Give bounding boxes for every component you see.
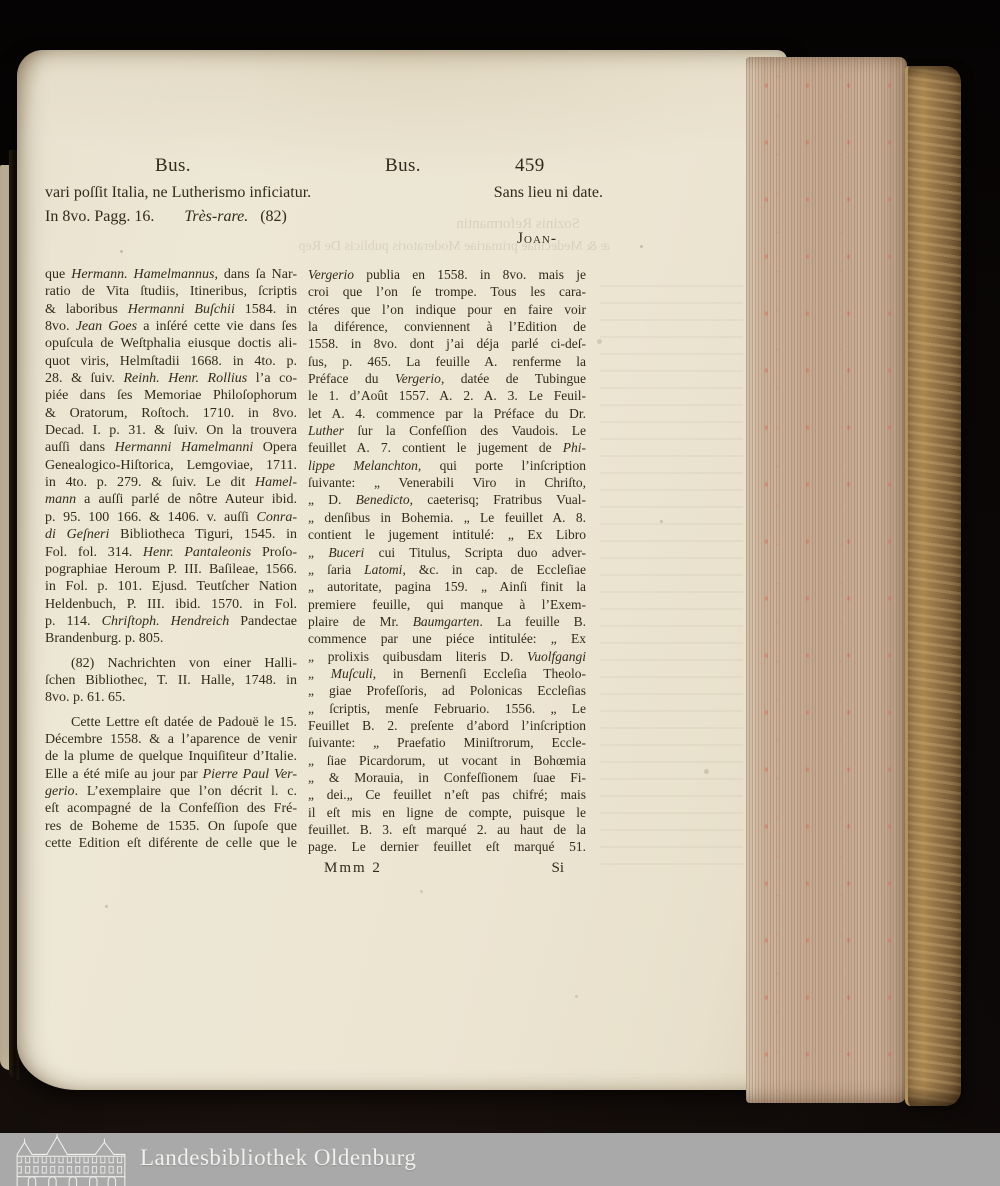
text-line: & Oratorum, Roſtoch. 1710. in 8vo. xyxy=(45,405,297,422)
text-line: ctéres que l’on indique pour en faire vo… xyxy=(308,301,586,318)
text-line: Vergerio publia en 1558. in 8vo. mais je xyxy=(308,266,586,283)
text-line: que Hermann. Hamelmannus, dans ſa Nar- xyxy=(45,266,297,283)
text-line: in 4to. p. 279. & ſuiv. Le dit Hamel- xyxy=(45,474,297,491)
text-line: la diférence, conviennent à l’Edition de xyxy=(308,318,586,335)
text-line: mann a auſſi parlé de nôtre Auteur ibid. xyxy=(45,491,297,508)
library-building-logo xyxy=(12,1134,130,1186)
text-column-left: que Hermann. Hamelmannus, dans ſa Nar-ra… xyxy=(45,266,297,852)
text-line: opuſcula de Weſtphalia eiusque doctis al… xyxy=(45,335,297,352)
text-line: Cette Lettre eſt datée de Padouë le 15. xyxy=(45,714,297,731)
text-line: „ ſaria Latomi, &c. in cap. de Eccleſiae xyxy=(308,561,586,578)
text-line: Brandenburg. p. 805. xyxy=(45,630,297,647)
text-line: Luther ſur la Confeſſion des Vaudois. Le xyxy=(308,422,586,439)
text-line: 28. & ſuiv. Reinh. Henr. Rollius l’a co- xyxy=(45,370,297,387)
text-line: „ giae Profeſſoris, ad Polonicas Eccleſi… xyxy=(308,682,586,699)
text-line: premiere feuille, qui manque à l’Exem- xyxy=(308,596,586,613)
text-line: „ & Morauia, in Confeſſionem ſuae Fi- xyxy=(308,769,586,786)
catchword-si: Si xyxy=(551,860,564,877)
text-line: Genealogico-Hiſtorica, Lemgoviae, 1711. xyxy=(45,457,297,474)
text-line: 8vo. Jean Goes a inſéré cette vie dans ſ… xyxy=(45,318,297,335)
intro-line-2: In 8vo. Pagg. 16. Très-rare. (82) xyxy=(45,208,603,226)
text-line: Feuillet B. 2. preſente d’abord l’inſcri… xyxy=(308,717,586,734)
intro-line-1-date-note: Sans lieu ni date. xyxy=(494,184,603,202)
running-head-left: Bus. xyxy=(155,155,191,177)
text-line: 8vo. p. 61. 65. xyxy=(45,689,297,706)
text-line: ſchen Bibliothec, T. II. Halle, 1748. in xyxy=(45,672,297,689)
paragraph: (82) Nachrichten von einer Halli-ſchen B… xyxy=(45,655,297,707)
intro-line-1: vari poſſit Italia, ne Lutherismo infici… xyxy=(45,184,603,202)
text-line: „ dei.„ Ce feuillet n’eſt pas chifré; ma… xyxy=(308,786,586,803)
text-line: ratio de Vita ſtudiis, Itineribus, ſcrip… xyxy=(45,283,297,300)
text-line: ſuivante: „ Venerabili Viro in Chriſto, xyxy=(308,474,586,491)
book-fore-edge-pages xyxy=(746,57,907,1103)
text-line: il eſt mis en ligne de compte, puisque l… xyxy=(308,804,586,821)
text-line: feuillet. B. 3. eſt marqué 2. au haut de… xyxy=(308,821,586,838)
entry-intro-block: vari poſſit Italia, ne Lutherismo infici… xyxy=(45,184,603,226)
text-line: commence par une piéce intitulée: „ Ex xyxy=(308,630,586,647)
text-line: „ autoritate, pagina 159. „ Ainſi finit … xyxy=(308,578,586,595)
rarity-note: Très-rare. xyxy=(184,208,248,226)
book-cover-edge xyxy=(905,66,961,1106)
text-line: Fol. fol. 314. Henr. Pantaleonis Proſo- xyxy=(45,544,297,561)
paragraph: Cette Lettre eſt datée de Padouë le 15.D… xyxy=(45,714,297,853)
edition-format-note: In 8vo. Pagg. 16. xyxy=(45,208,154,226)
text-line: de la plume de quelque Inquiſiteur d’Ita… xyxy=(45,748,297,765)
paragraph: que Hermann. Hamelmannus, dans ſa Nar-ra… xyxy=(45,266,297,648)
library-name: Landesbibliothek Oldenburg xyxy=(140,1145,416,1171)
text-line: quot viris, Helmſtadii 1668. in 4to. p. xyxy=(45,353,297,370)
text-line: „ prolixis quibusdam literis D. Vuolfgan… xyxy=(308,648,586,665)
text-line: „ D. Benedicto, caeterisq; Fratribus Vua… xyxy=(308,491,586,508)
text-line: gerio. L’exemplaire que l’on décrit l. c… xyxy=(45,783,297,800)
text-line: piée dans ſes Memoriae Philoſophorum xyxy=(45,387,297,404)
text-line: auſſi dans Hermanni Hamelmanni Opera xyxy=(45,439,297,456)
paragraph: Vergerio publia en 1558. in 8vo. mais je… xyxy=(308,266,586,856)
intro-line-1-text: vari poſſit Italia, ne Lutherismo infici… xyxy=(45,184,311,202)
text-line: (82) Nachrichten von einer Halli- xyxy=(45,655,297,672)
text-line: croi que l’on ſe trompe. Tous les cara- xyxy=(308,283,586,300)
text-column-right: Vergerio publia en 1558. in 8vo. mais je… xyxy=(308,266,586,856)
text-line: Decad. I. p. 31. & ſuiv. On la trouvera xyxy=(45,422,297,439)
bleedthrough-margin-texture xyxy=(600,275,743,865)
text-line: page. Le dernier feuillet eſt marqué 51. xyxy=(308,838,586,855)
text-line: Décembre 1558. & a l’aparence de venir xyxy=(45,731,297,748)
running-head-right: Bus. xyxy=(385,155,421,177)
text-line: di Geſneri Bibliotheca Tiguri, 1545. in xyxy=(45,526,297,543)
text-line: 1558. in 8vo. dont j’ai déja parlé ci-de… xyxy=(308,335,586,352)
text-line: „ Buceri cui Titulus, Scripta duo adver- xyxy=(308,544,586,561)
text-line: le 1. d’Août 1557. A. 2. A. 3. Le Feuil- xyxy=(308,387,586,404)
text-line: plaire de Mr. Baumgarten. La feuille B. xyxy=(308,613,586,630)
text-line: „ ſiae Picardorum, ut vocant in Bohœmia xyxy=(308,752,586,769)
footnote-reference: (82) xyxy=(260,208,287,226)
text-line: p. 114. Chriſtoph. Hendreich Pandectae xyxy=(45,613,297,630)
text-line: „ ſcriptis, menſe Februario. 1556. „ Le xyxy=(308,700,586,717)
text-line: „ Muſculi, in Bernenſi Eccleſia Theolo- xyxy=(308,665,586,682)
text-line: eſt acompagné de la Confeſſion des Fré- xyxy=(45,800,297,817)
text-line: Heldenbuch, P. III. ibid. 1570. in Fol. xyxy=(45,596,297,613)
text-line: feuillet A. 7. contient le jugement de P… xyxy=(308,439,586,456)
text-line: & laboribus Hermanni Buſchii 1584. in xyxy=(45,301,297,318)
text-line: lippe Melanchton, qui porte l’inſcriptio… xyxy=(308,457,586,474)
catchword-joan: Joan- xyxy=(517,230,557,248)
book-scan-photo: Sozinis Reformantin æ & Medecinae primar… xyxy=(0,0,1000,1186)
text-line: let A. 4. commence par la Préface du Dr. xyxy=(308,405,586,422)
text-line: pographiae Heroum P. III. Baſileae, 1566… xyxy=(45,561,297,578)
signature-line: Mmm 2 Si xyxy=(308,860,586,877)
text-line: „ denſibus in Bohemia. „ Le feuillet A. … xyxy=(308,509,586,526)
text-line: cette Edition eſt diférente de celle que… xyxy=(45,835,297,852)
text-line: in Fol. p. 101. Ejusd. Teutſcher Nation xyxy=(45,578,297,595)
text-line: Elle a été miſe au jour par Pierre Paul … xyxy=(45,766,297,783)
library-footer-bar: Landesbibliothek Oldenburg xyxy=(0,1133,1000,1186)
text-line: ſuivante: „ Praefatio Miniſtrorum, Eccle… xyxy=(308,734,586,751)
text-line: p. 95. 100 166. & 1406. v. auſſi Conra- xyxy=(45,509,297,526)
text-line: contient le jugement intitulé: „ Ex Libr… xyxy=(308,526,586,543)
signature-mark: Mmm 2 xyxy=(324,860,382,877)
text-line: res de Boheme de 1535. On ſupoſe que xyxy=(45,818,297,835)
page-number: 459 xyxy=(515,155,545,177)
text-line: ſus, p. 465. La feuille A. renferme la xyxy=(308,353,586,370)
text-line: Préface du Vergerio, datée de Tubingue xyxy=(308,370,586,387)
